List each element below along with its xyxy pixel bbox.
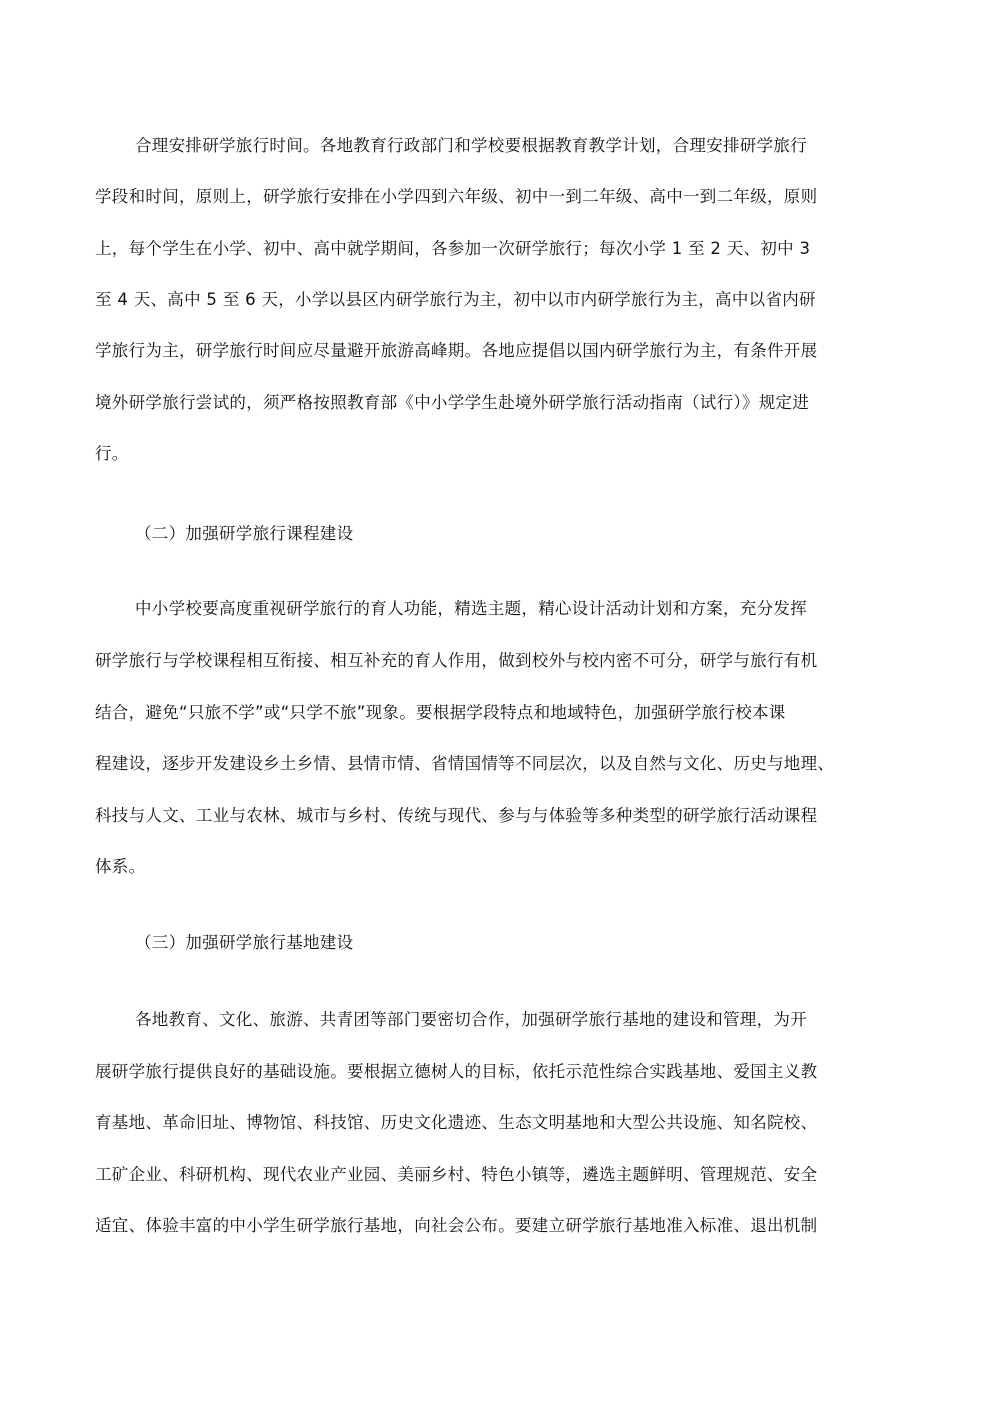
section-heading-curriculum: （二）加强研学旅行课程建设 bbox=[135, 523, 353, 545]
text-line: 工矿企业、科研机构、现代农业产业园、美丽乡村、特色小镇等，遴选主题鲜明、管理规范… bbox=[95, 1164, 817, 1186]
text-line: 境外研学旅行尝试的，须严格按照教育部《中小学学生赴境外研学旅行活动指南（试行）》… bbox=[95, 392, 809, 414]
text-line: 学旅行为主，研学旅行时间应尽量避开旅游高峰期。各地应提倡以国内研学旅行为主，有条… bbox=[95, 340, 817, 362]
text-line: 上，每个学生在小学、初中、高中就学期间，各参加一次研学旅行；每次小学 1 至 2… bbox=[95, 238, 810, 260]
text-line: 各地教育、文化、旅游、共青团等部门要密切合作，加强研学旅行基地的建设和管理，为开 bbox=[135, 1009, 807, 1031]
text-line: 中小学校要高度重视研学旅行的育人功能，精选主题，精心设计活动计划和方案，充分发挥 bbox=[135, 598, 807, 620]
text-line: 结合，避免“只旅不学”或“只学不旅”现象。要根据学段特点和地域特色，加强研学旅行… bbox=[95, 702, 786, 724]
text-line: 研学旅行与学校课程相互衔接、相互补充的育人作用，做到校外与校内密不可分，研学与旅… bbox=[95, 650, 817, 672]
text-line: 展研学旅行提供良好的基础设施。要根据立德树人的目标，依托示范性综合实践基地、爱国… bbox=[95, 1061, 817, 1083]
section-heading-base: （三）加强研学旅行基地建设 bbox=[135, 932, 353, 954]
text-line: 适宜、体验丰富的中小学生研学旅行基地，向社会公布。要建立研学旅行基地准入标准、退… bbox=[95, 1215, 817, 1237]
text-line: 合理安排研学旅行时间。各地教育行政部门和学校要根据教育教学计划，合理安排研学旅行 bbox=[135, 135, 807, 157]
text-line: 体系。 bbox=[95, 856, 145, 878]
text-line: 行。 bbox=[95, 443, 129, 465]
text-line: 学段和时间，原则上，研学旅行安排在小学四到六年级、初中一到二年级、高中一到二年级… bbox=[95, 186, 817, 208]
text-line: 程建设，逐步开发建设乡土乡情、县情市情、省情国情等不同层次，以及自然与文化、历史… bbox=[95, 753, 834, 775]
text-line: 至 4 天、高中 5 至 6 天，小学以县区内研学旅行为主，初中以市内研学旅行为… bbox=[95, 289, 816, 311]
text-line: 育基地、革命旧址、博物馆、科技馆、历史文化遗迹、生态文明基地和大型公共设施、知名… bbox=[95, 1112, 817, 1134]
text-line: 科技与人文、工业与农林、城市与乡村、传统与现代、参与与体验等多种类型的研学旅行活… bbox=[95, 805, 817, 827]
